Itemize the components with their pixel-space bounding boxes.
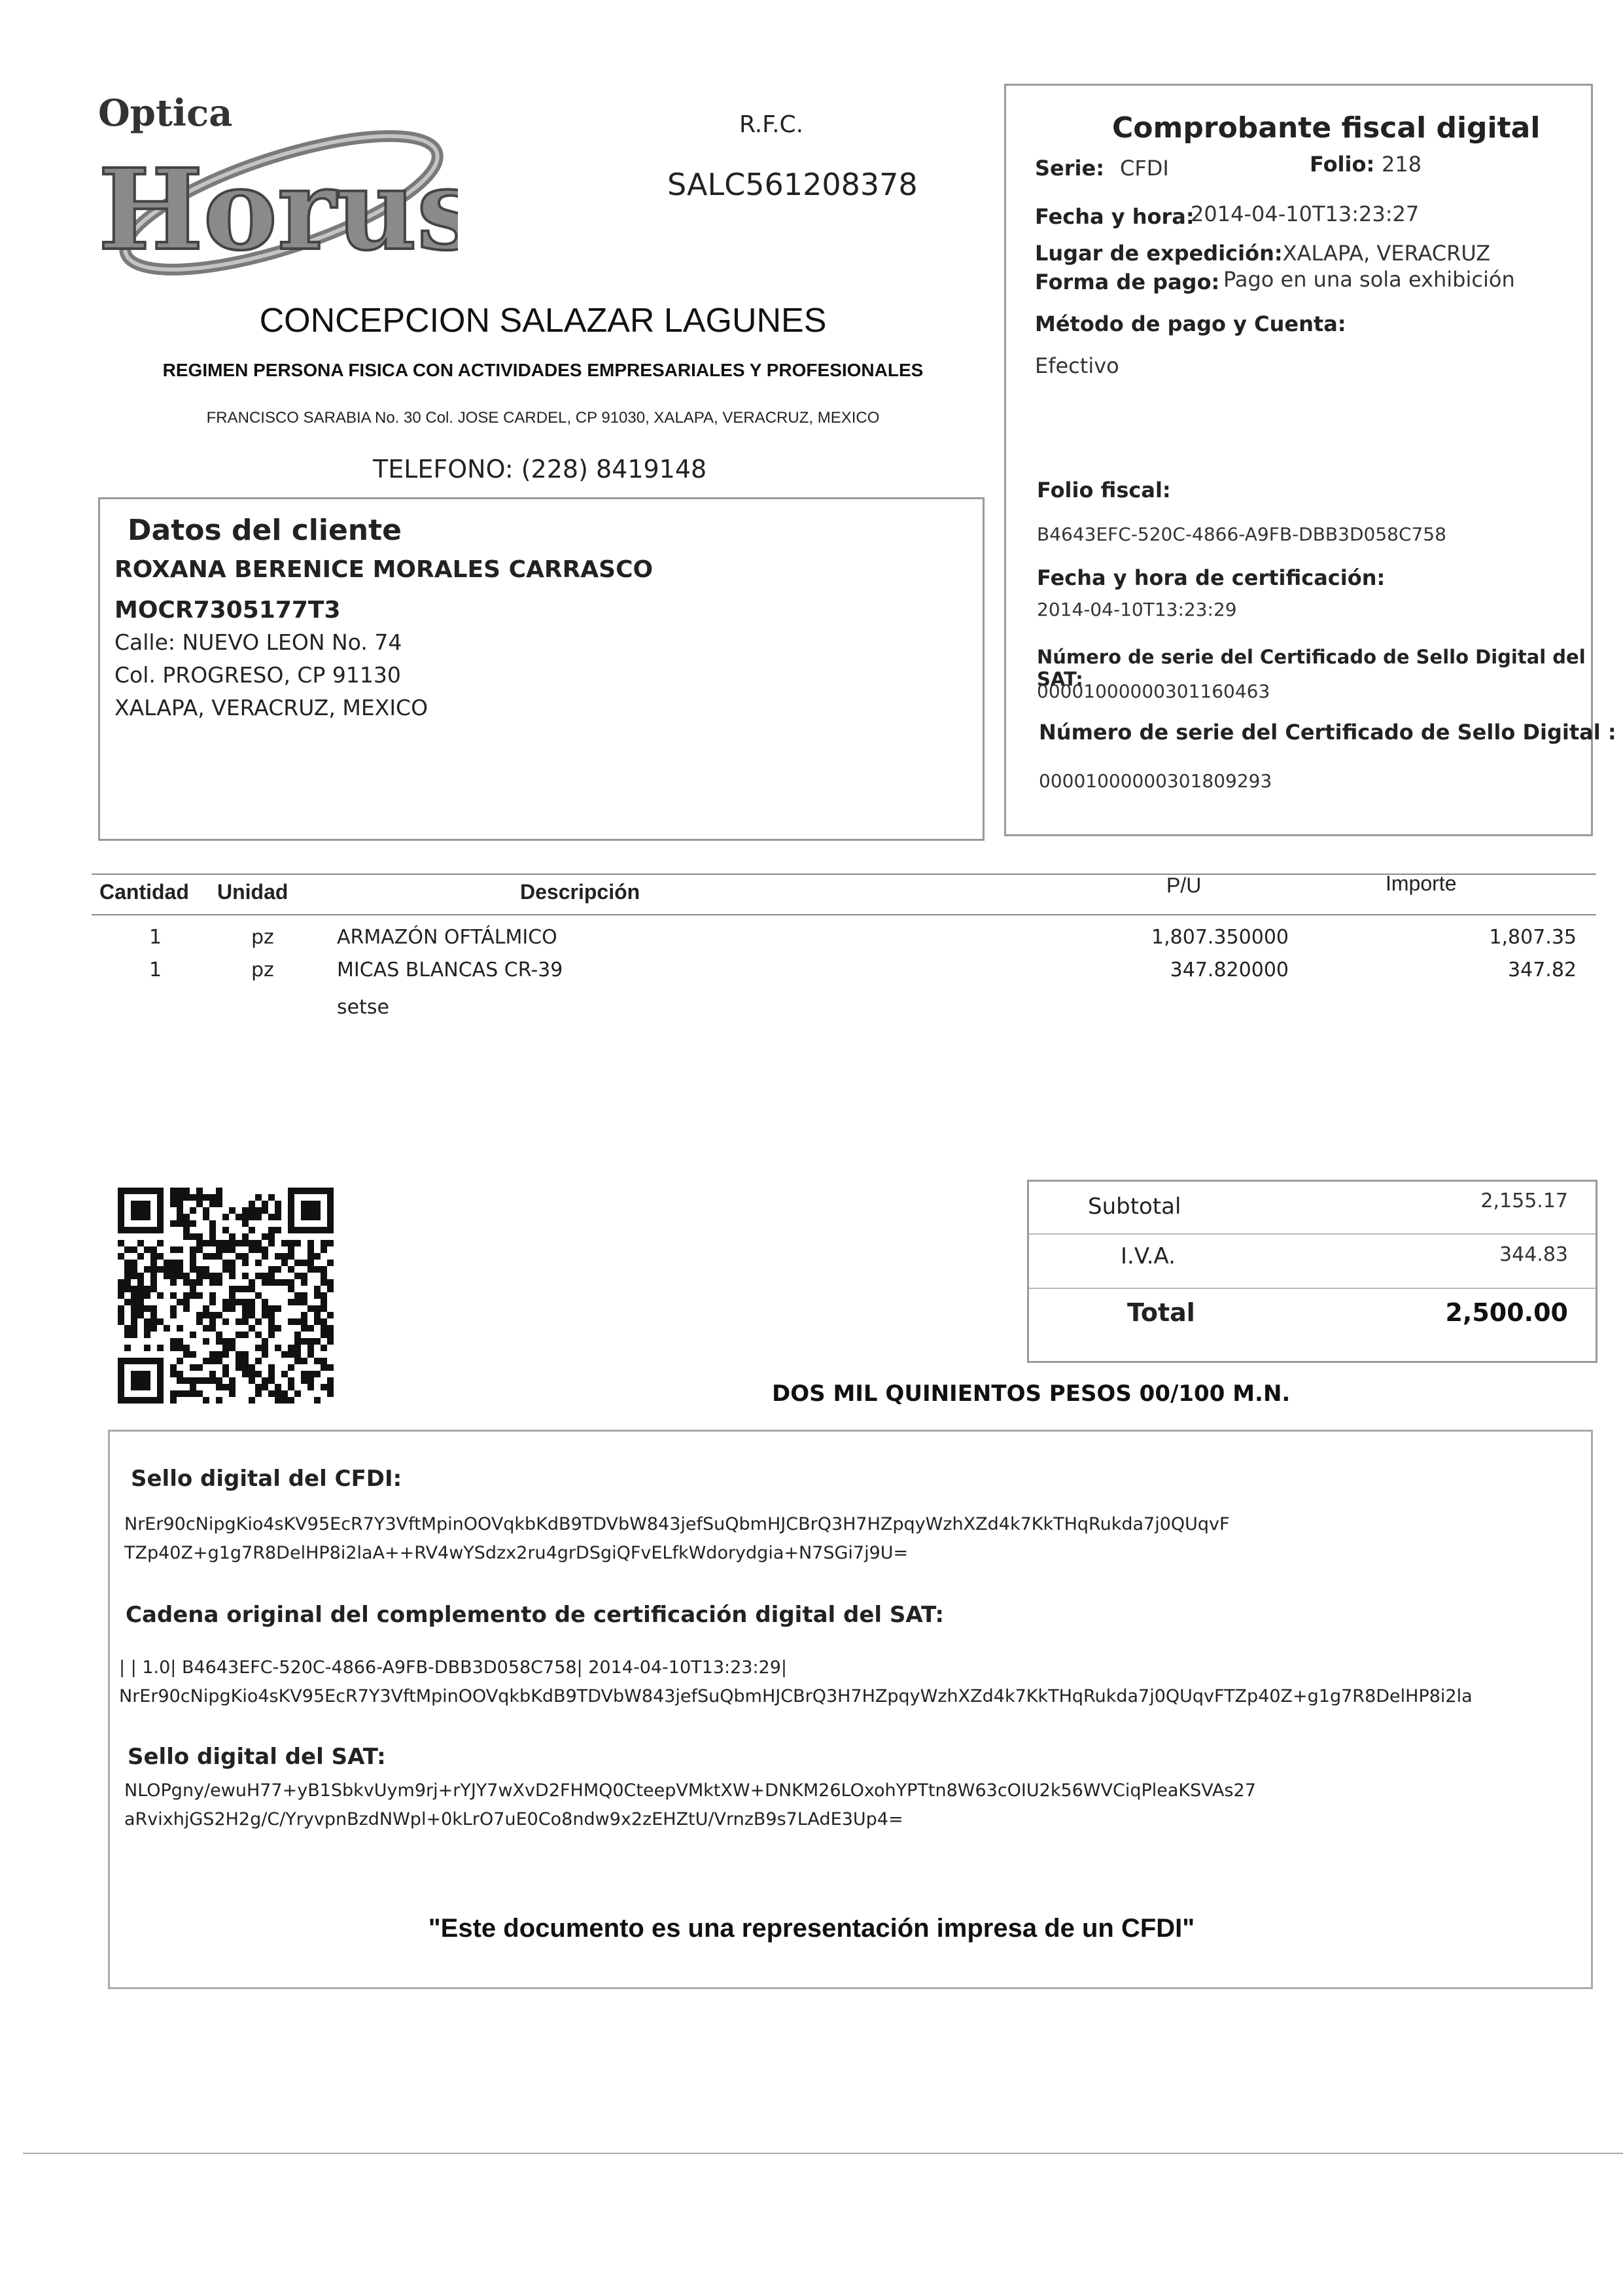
header-descripcion: Descripción (520, 880, 640, 904)
folio-label: Folio: (1310, 152, 1374, 177)
subtotal-label: Subtotal (1088, 1193, 1181, 1220)
header-pu: P/U (1166, 874, 1201, 898)
serie-value: CFDI (1120, 156, 1169, 181)
svg-text:Horus: Horus (98, 145, 458, 275)
cadena-original-label: Cadena original del complemento de certi… (126, 1602, 944, 1628)
iva-value: 344.83 (1372, 1243, 1568, 1266)
item-note: setse (337, 996, 389, 1019)
sello-sat-value: NLOPgny/ewuH77+yB1SbkvUym9rj+rYJY7wXvD2F… (124, 1776, 1256, 1834)
cell-cantidad: 1 (149, 926, 169, 949)
issuer-phone: TELEFONO: (228) 8419148 (373, 455, 707, 484)
lugar-value: XALAPA, VERACRUZ (1283, 241, 1490, 266)
total-label: Total (1127, 1298, 1195, 1327)
forma-value: Pago en una sola exhibición (1223, 267, 1515, 292)
sello-cfdi-line-1: NrEr90cNipgKio4sKV95EcR7Y3VftMpinOOVqkbK… (124, 1510, 1230, 1539)
totals-divider-1 (1029, 1233, 1596, 1235)
cert-sat-value: 00001000000301160463 (1037, 680, 1270, 702)
client-street: Calle: NUEVO LEON No. 74 (114, 629, 402, 655)
sello-cfdi-value: NrEr90cNipgKio4sKV95EcR7Y3VftMpinOOVqkbK… (124, 1510, 1230, 1568)
horus-logo-icon: Horus (92, 124, 458, 288)
cell-pu: 1,807.350000 (1073, 926, 1289, 949)
client-rfc: MOCR7305177T3 (114, 597, 341, 624)
client-title: Datos del cliente (128, 514, 402, 547)
forma-label: Forma de pago: (1035, 270, 1219, 294)
cell-unidad: pz (251, 959, 290, 981)
cell-descripcion: ARMAZÓN OFTÁLMICO (337, 926, 795, 949)
fecha-cert-value: 2014-04-10T13:23:29 (1037, 599, 1237, 620)
cell-unidad: pz (251, 926, 290, 949)
folio-fiscal-label: Folio fiscal: (1037, 478, 1171, 503)
cell-pu: 347.820000 (1073, 959, 1289, 981)
sello-sat-label: Sello digital del SAT: (128, 1744, 386, 1770)
lugar-row: Lugar de expedición:XALAPA, VERACRUZ (1035, 241, 1490, 266)
metodo-value: Efectivo (1035, 353, 1119, 378)
header-importe: Importe (1386, 872, 1456, 896)
sello-cfdi-line-2: TZp40Z+g1g7R8DelHP8i2laA++RV4wYSdzx2ru4g… (124, 1539, 1230, 1568)
cadena-line-1: | | 1.0| B4643EFC-520C-4866-A9FB-DBB3D05… (119, 1653, 1473, 1682)
sello-sat-line-1: NLOPgny/ewuH77+yB1SbkvUym9rj+rYJY7wXvD2F… (124, 1776, 1256, 1805)
client-name: ROXANA BERENICE MORALES CARRASCO (114, 556, 653, 583)
lugar-label: Lugar de expedición: (1035, 241, 1283, 266)
cell-importe: 347.82 (1361, 959, 1577, 981)
bottom-rule (23, 2153, 1623, 2154)
totals-divider-2 (1029, 1288, 1596, 1289)
rfc-label: R.F.C. (739, 111, 803, 138)
serie-label: Serie: (1035, 156, 1104, 181)
cfdi-disclaimer: "Este documento es una representación im… (0, 1914, 1623, 1943)
cadena-original-value: | | 1.0| B4643EFC-520C-4866-A9FB-DBB3D05… (119, 1653, 1473, 1711)
fecha-value: 2014-04-10T13:23:27 (1191, 202, 1419, 226)
subtotal-value: 2,155.17 (1372, 1190, 1568, 1212)
issuer-name: CONCEPCION SALAZAR LAGUNES (0, 301, 1086, 340)
fiscal-title: Comprobante fiscal digital (1112, 111, 1540, 145)
sello-sat-line-2: aRvixhjGS2H2g/C/YryvpnBzdNWpl+0kLrO7uE0C… (124, 1805, 1256, 1834)
metodo-label: Método de pago y Cuenta: (1035, 311, 1346, 336)
cell-importe: 1,807.35 (1361, 926, 1577, 949)
cell-descripcion: MICAS BLANCAS CR-39 (337, 959, 795, 981)
folio-value: 218 (1382, 152, 1422, 177)
header-cantidad: Cantidad (99, 880, 189, 904)
cert-emisor-label: Número de serie del Certificado de Sello… (1039, 720, 1616, 745)
qr-code-icon (118, 1188, 334, 1404)
client-colony: Col. PROGRESO, CP 91130 (114, 662, 401, 688)
table-top-rule (92, 874, 1596, 875)
fecha-cert-label: Fecha y hora de certificación: (1037, 565, 1385, 590)
table-header-rule (92, 914, 1596, 915)
client-city: XALAPA, VERACRUZ, MEXICO (114, 695, 428, 720)
header-unidad: Unidad (217, 880, 288, 904)
cell-cantidad: 1 (149, 959, 169, 981)
cert-emisor-value: 00001000000301809293 (1039, 770, 1272, 792)
folio-fiscal-value: B4643EFC-520C-4866-A9FB-DBB3D058C758 (1037, 523, 1446, 545)
amount-in-words: DOS MIL QUINIENTOS PESOS 00/100 M.N. (772, 1381, 1290, 1407)
sello-cfdi-label: Sello digital del CFDI: (131, 1466, 402, 1492)
fecha-label: Fecha y hora: (1035, 204, 1195, 229)
issuer-regime: REGIMEN PERSONA FISICA CON ACTIVIDADES E… (0, 360, 1086, 381)
iva-label: I.V.A. (1121, 1243, 1176, 1269)
total-value: 2,500.00 (1372, 1298, 1568, 1327)
issuer-address: FRANCISCO SARABIA No. 30 Col. JOSE CARDE… (0, 409, 1086, 427)
issuer-rfc: SALC561208378 (667, 167, 918, 202)
cadena-line-2: NrEr90cNipgKio4sKV95EcR7Y3VftMpinOOVqkbK… (119, 1682, 1473, 1711)
